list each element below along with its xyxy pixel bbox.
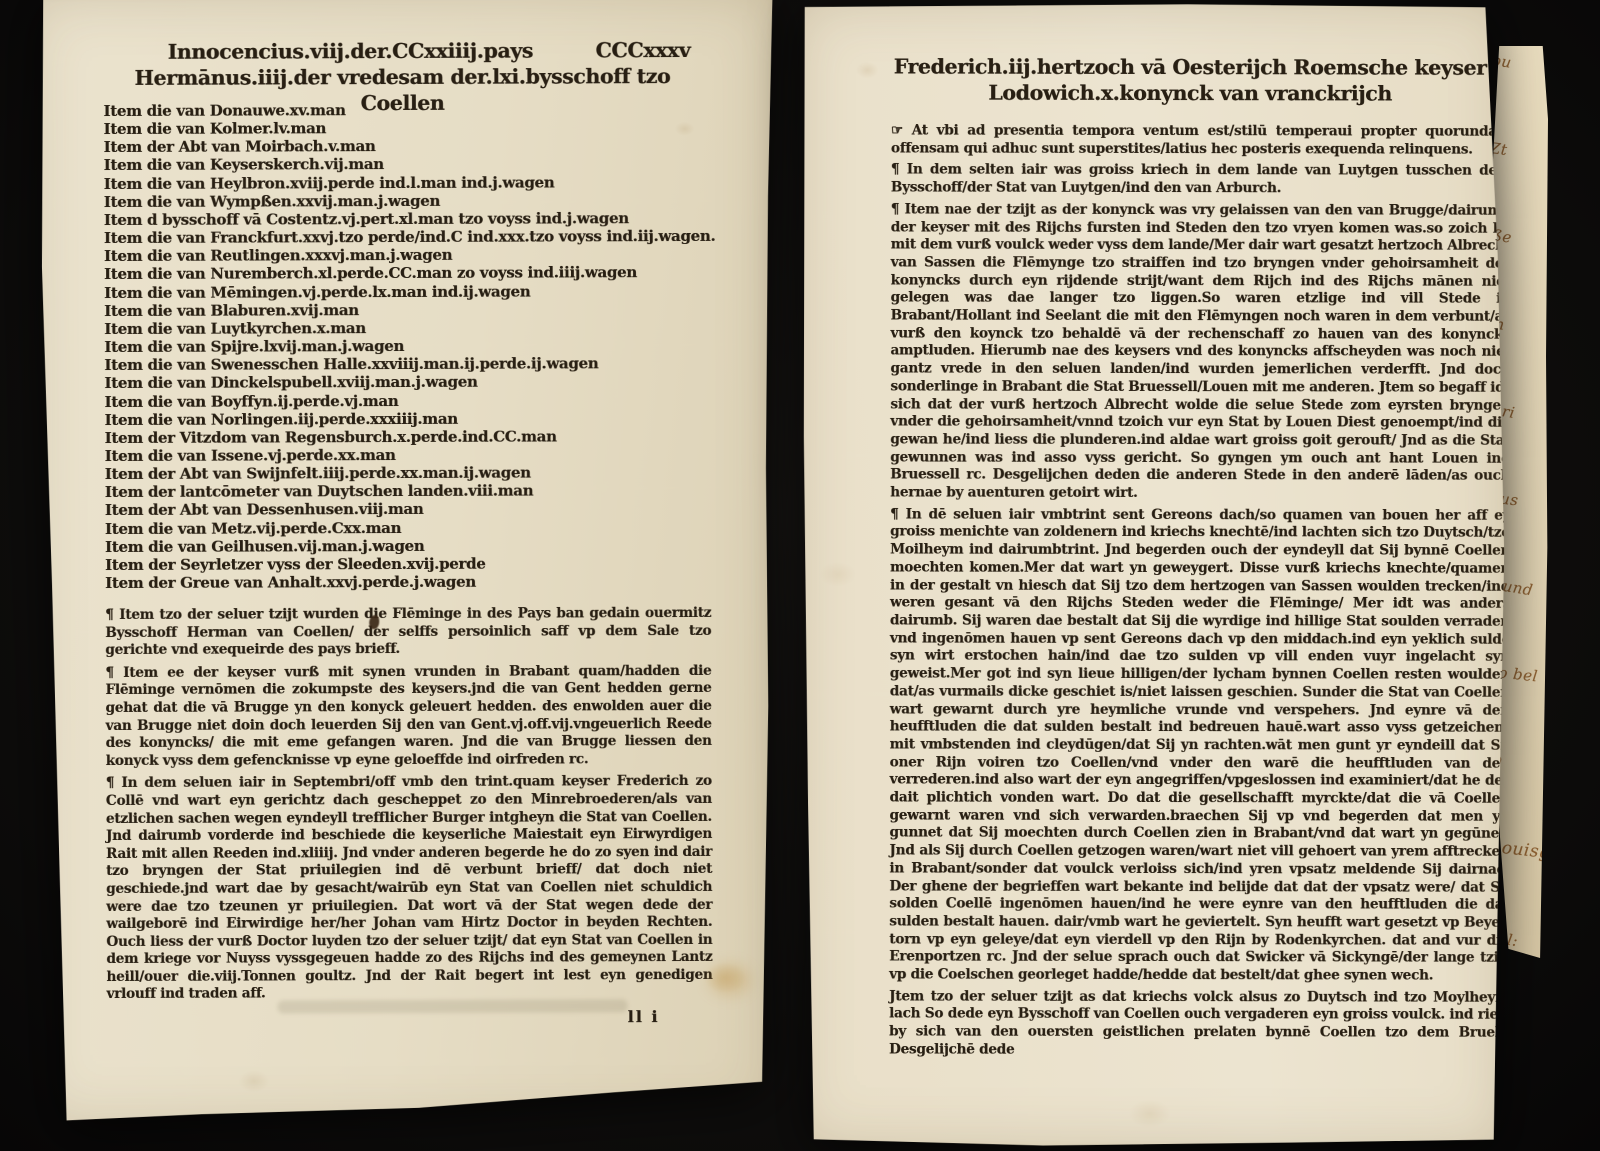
paragraph: ☞ At vbi ad presentia tempora ventum est…	[891, 122, 1511, 159]
muster-list-item: Item der Greue van Anhalt.xxvj.perde.j.w…	[105, 572, 781, 593]
right-page: Frederich.iij.hertzoch vā Oesterijch Roe…	[794, 1, 1508, 1148]
muster-list-item: Item der Abt van Swijnfelt.iiij.perde.xx…	[105, 463, 781, 484]
muster-list-item: Item die van Donauwe.xv.man	[103, 100, 779, 121]
paragraph: ¶ Item tzo der seluer tzijt wurden die F…	[105, 605, 711, 660]
muster-list-item: Item die van Wympßen.xxvij.man.j.wagen	[104, 190, 780, 211]
muster-list-item: Item die van Norlingen.iij.perde.xxxiiij…	[104, 408, 780, 429]
folio-number: CCCxxxv	[595, 37, 690, 63]
muster-list-item: Item die van Mēmingen.vj.perde.lx.man in…	[104, 281, 780, 302]
muster-list-item: Item der Abt van Moirbach.v.man	[104, 136, 780, 157]
muster-list-item: Item d bysschoff vā Costentz.vj.pert.xl.…	[104, 209, 780, 230]
left-page: Innocencius.viij.der.CCxxiiij.pays CCCxx…	[26, 0, 778, 1127]
paragraph: ¶ Item ee der keyser vurß mit synen vrun…	[105, 663, 711, 771]
photo-backdrop: Innocencius.viij.der.CCxxiiij.pays CCCxx…	[0, 0, 1600, 1151]
right-header-line1: Frederich.iij.hertzoch vā Oesterijch Roe…	[894, 54, 1487, 79]
muster-list-item: Item der lantcōmeter van Duytschen lande…	[105, 481, 781, 502]
muster-list-item: Item die van Nuremberch.xl.perde.CC.man …	[104, 263, 780, 284]
muster-list-item: Item die van Keyserskerch.vij.man	[104, 154, 780, 175]
muster-list-item: Item die van Blaburen.xvij.man	[104, 299, 780, 320]
right-header-line2: Lodowich.x.konynck van vranckrijch	[988, 81, 1392, 106]
muster-list-item: Item die van Issene.vj.perde.xx.man	[105, 445, 781, 466]
muster-list-item: Item der Vitzdom van Regensburch.x.perde…	[105, 426, 781, 447]
muster-list-item: Item die van Geilhusen.vij.man.j.wagen	[105, 535, 781, 556]
signature-mark: ll i	[628, 1007, 660, 1026]
paragraph: ¶ In dem seluen iair in Septembri/off vm…	[106, 773, 713, 1004]
muster-list: Item die van Donauwe.xv.manItem die van …	[103, 100, 781, 593]
paragraph: ¶ In dē seluen iair vmbtrint sent Gereon…	[889, 506, 1510, 985]
right-page-paper: Frederich.iij.hertzoch vā Oesterijch Roe…	[794, 1, 1508, 1148]
left-header-line1: Innocencius.viij.der.CCxxiiij.pays	[168, 38, 533, 65]
muster-list-item: Item die van Franckfurt.xxvj.tzo perde/i…	[104, 227, 780, 248]
muster-list-item: Item die van Heylbron.xviij.perde ind.l.…	[104, 172, 780, 193]
show-through-smudge	[278, 999, 628, 1013]
muster-list-item: Item die van Reutlingen.xxxvj.man.j.wage…	[104, 245, 780, 266]
muster-list-item: Item die van Spijre.lxvij.man.j.wagen	[104, 336, 780, 357]
left-header-row: Innocencius.viij.der.CCxxiiij.pays CCCxx…	[96, 37, 708, 65]
muster-list-item: Item die van Dinckelspubell.xviij.man.j.…	[104, 372, 780, 393]
right-running-header: Frederich.iij.hertzoch vā Oesterijch Roe…	[884, 53, 1496, 106]
muster-list-item: Item der Seyrletzer vyss der Sleeden.xvi…	[105, 554, 781, 575]
muster-list-item: Item der Abt van Dessenhusen.viij.man	[105, 499, 781, 520]
paper-stain	[709, 965, 749, 995]
muster-list-item: Item die van Luytkyrchen.x.man	[104, 318, 780, 339]
paragraph: ¶ In dem selten iair was groiss kriech i…	[891, 162, 1511, 199]
muster-list-item: Item die van Boyffyn.ij.perde.vj.man	[104, 390, 780, 411]
muster-list-item: Item die van Kolmer.lv.man	[103, 118, 779, 139]
paragraph: ¶ Item nae der tzijt as der konynck was …	[890, 201, 1511, 503]
left-page-paragraphs: ¶ Item tzo der seluer tzijt wurden die F…	[105, 605, 712, 1009]
muster-list-item: Item die van Swenesschen Halle.xxviiij.m…	[104, 354, 780, 375]
left-page-paper: Innocencius.viij.der.CCxxiiij.pays CCCxx…	[26, 0, 778, 1127]
right-page-paragraphs: ☞ At vbi ad presentia tempora ventum est…	[889, 122, 1511, 1064]
muster-list-item: Item die van Metz.vij.perde.Cxx.man	[105, 517, 781, 538]
paragraph: Jtem tzo der seluer tzijt as dat kriechs…	[889, 988, 1509, 1060]
